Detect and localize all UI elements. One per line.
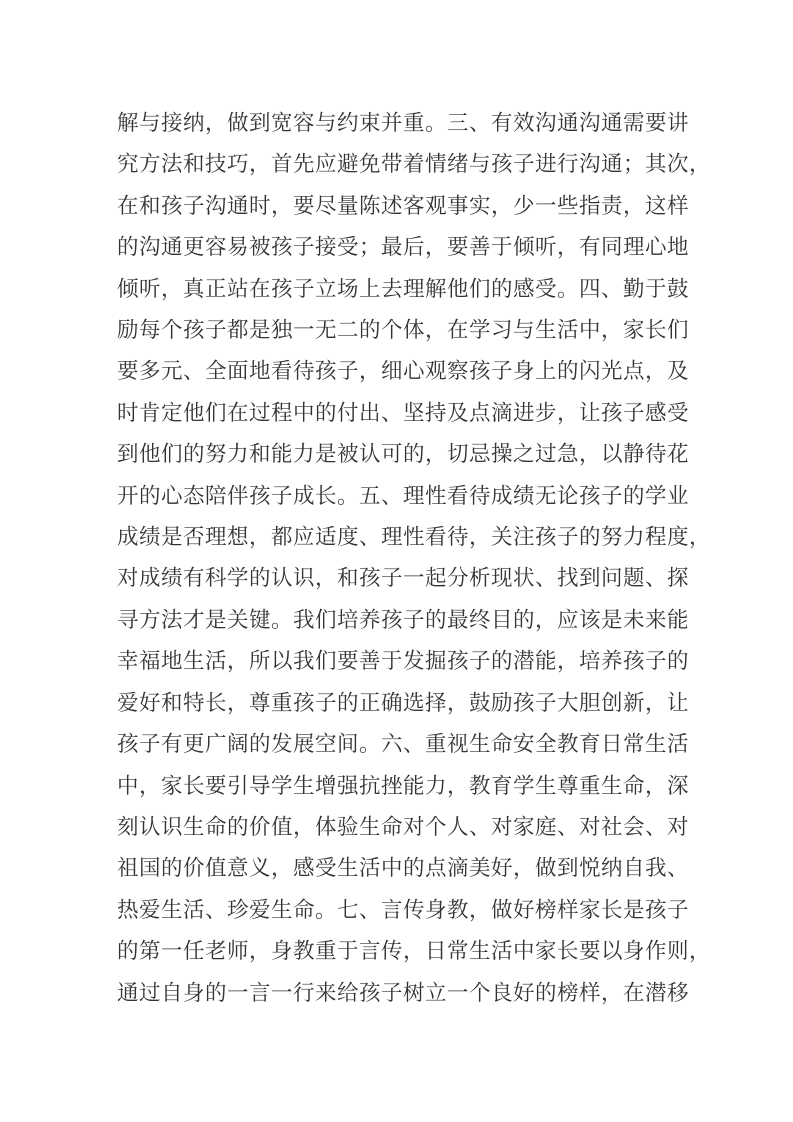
text-line: 时肯定他们在过程中的付出、坚持及点滴进步，让孩子感受 — [117, 393, 717, 434]
text-line: 成绩是否理想，都应适度、理性看待，关注孩子的努力程度， — [117, 517, 717, 558]
text-line: 寻方法才是关键。我们培养孩子的最终目的，应该是未来能 — [117, 600, 717, 641]
text-line: 通过自身的一言一行来给孩子树立一个良好的榜样，在潜移 — [117, 973, 717, 1014]
text-line: 热爱生活、珍爱生命。七、言传身教，做好榜样家长是孩子 — [117, 890, 717, 931]
text-line: 倾听，真正站在孩子立场上去理解他们的感受。四、勤于鼓 — [117, 269, 717, 310]
text-line: 的沟通更容易被孩子接受；最后，要善于倾听，有同理心地 — [117, 227, 717, 268]
text-line: 在和孩子沟通时，要尽量陈述客观事实，少一些指责，这样 — [117, 186, 717, 227]
document-text-block: 解与接纳，做到宽容与约束并重。三、有效沟通沟通需要讲 究方法和技巧，首先应避免带… — [117, 103, 717, 1014]
text-line: 幸福地生活，所以我们要善于发掘孩子的潜能，培养孩子的 — [117, 641, 717, 682]
text-line: 到他们的努力和能力是被认可的，切忌操之过急，以静待花 — [117, 434, 717, 475]
text-line: 孩子有更广阔的发展空间。六、重视生命安全教育日常生活 — [117, 724, 717, 765]
text-line: 开的心态陪伴孩子成长。五、理性看待成绩无论孩子的学业 — [117, 476, 717, 517]
text-line: 的第一任老师，身教重于言传，日常生活中家长要以身作则， — [117, 931, 717, 972]
text-line: 究方法和技巧，首先应避免带着情绪与孩子进行沟通；其次， — [117, 144, 717, 185]
text-line: 励每个孩子都是独一无二的个体，在学习与生活中，家长们 — [117, 310, 717, 351]
text-line: 对成绩有科学的认识，和孩子一起分析现状、找到问题、探 — [117, 558, 717, 599]
text-line: 要多元、全面地看待孩子，细心观察孩子身上的闪光点，及 — [117, 351, 717, 392]
text-line: 爱好和特长，尊重孩子的正确选择，鼓励孩子大胆创新，让 — [117, 683, 717, 724]
text-line: 祖国的价值意义，感受生活中的点滴美好，做到悦纳自我、 — [117, 848, 717, 889]
text-line: 中，家长要引导学生增强抗挫能力，教育学生尊重生命，深 — [117, 766, 717, 807]
text-line: 解与接纳，做到宽容与约束并重。三、有效沟通沟通需要讲 — [117, 103, 717, 144]
document-page: 解与接纳，做到宽容与约束并重。三、有效沟通沟通需要讲 究方法和技巧，首先应避免带… — [0, 0, 793, 1122]
text-line: 刻认识生命的价值，体验生命对个人、对家庭、对社会、对 — [117, 807, 717, 848]
